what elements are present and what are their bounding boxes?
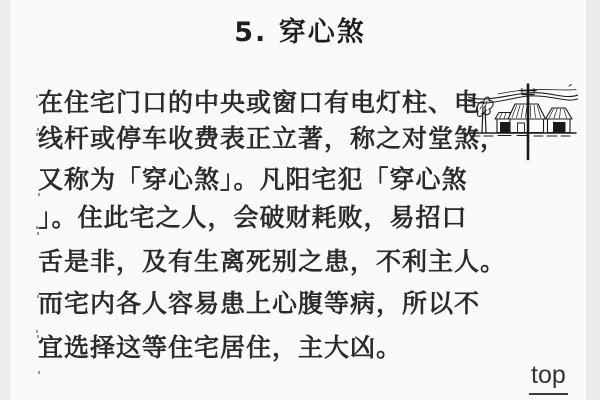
article-line: 舌是非，及有生离死别之患，不利主人。 xyxy=(38,242,506,282)
section-title: 5. 穿心煞 xyxy=(0,13,600,53)
back-to-top-link[interactable]: top xyxy=(529,361,568,395)
article-line: 又称为「穿心煞」。凡阳宅犯「穿心煞 xyxy=(38,160,468,200)
article-line: 线杆或停车收费表正立著，称之对堂煞， xyxy=(38,119,506,159)
article-line: 在住宅门口的中央或窗口有电灯柱、电 xyxy=(38,83,480,123)
page-right-edge xyxy=(586,0,600,400)
page-left-edge xyxy=(0,0,10,400)
article-line: 宜选择这等住宅居住，主大凶。 xyxy=(38,328,402,368)
houses-powerline-illustration-icon xyxy=(468,82,578,162)
article-line: 」。住此宅之人，会破财耗败，易招口 xyxy=(38,198,468,238)
scanned-book-page: 5. 穿心煞 在住宅门口的中央或窗口有电灯柱、电 线杆或停车收费表正立著，称之对… xyxy=(0,0,600,400)
article-line: 而宅内各人容易患上心腹等病，所以不 xyxy=(38,284,480,324)
